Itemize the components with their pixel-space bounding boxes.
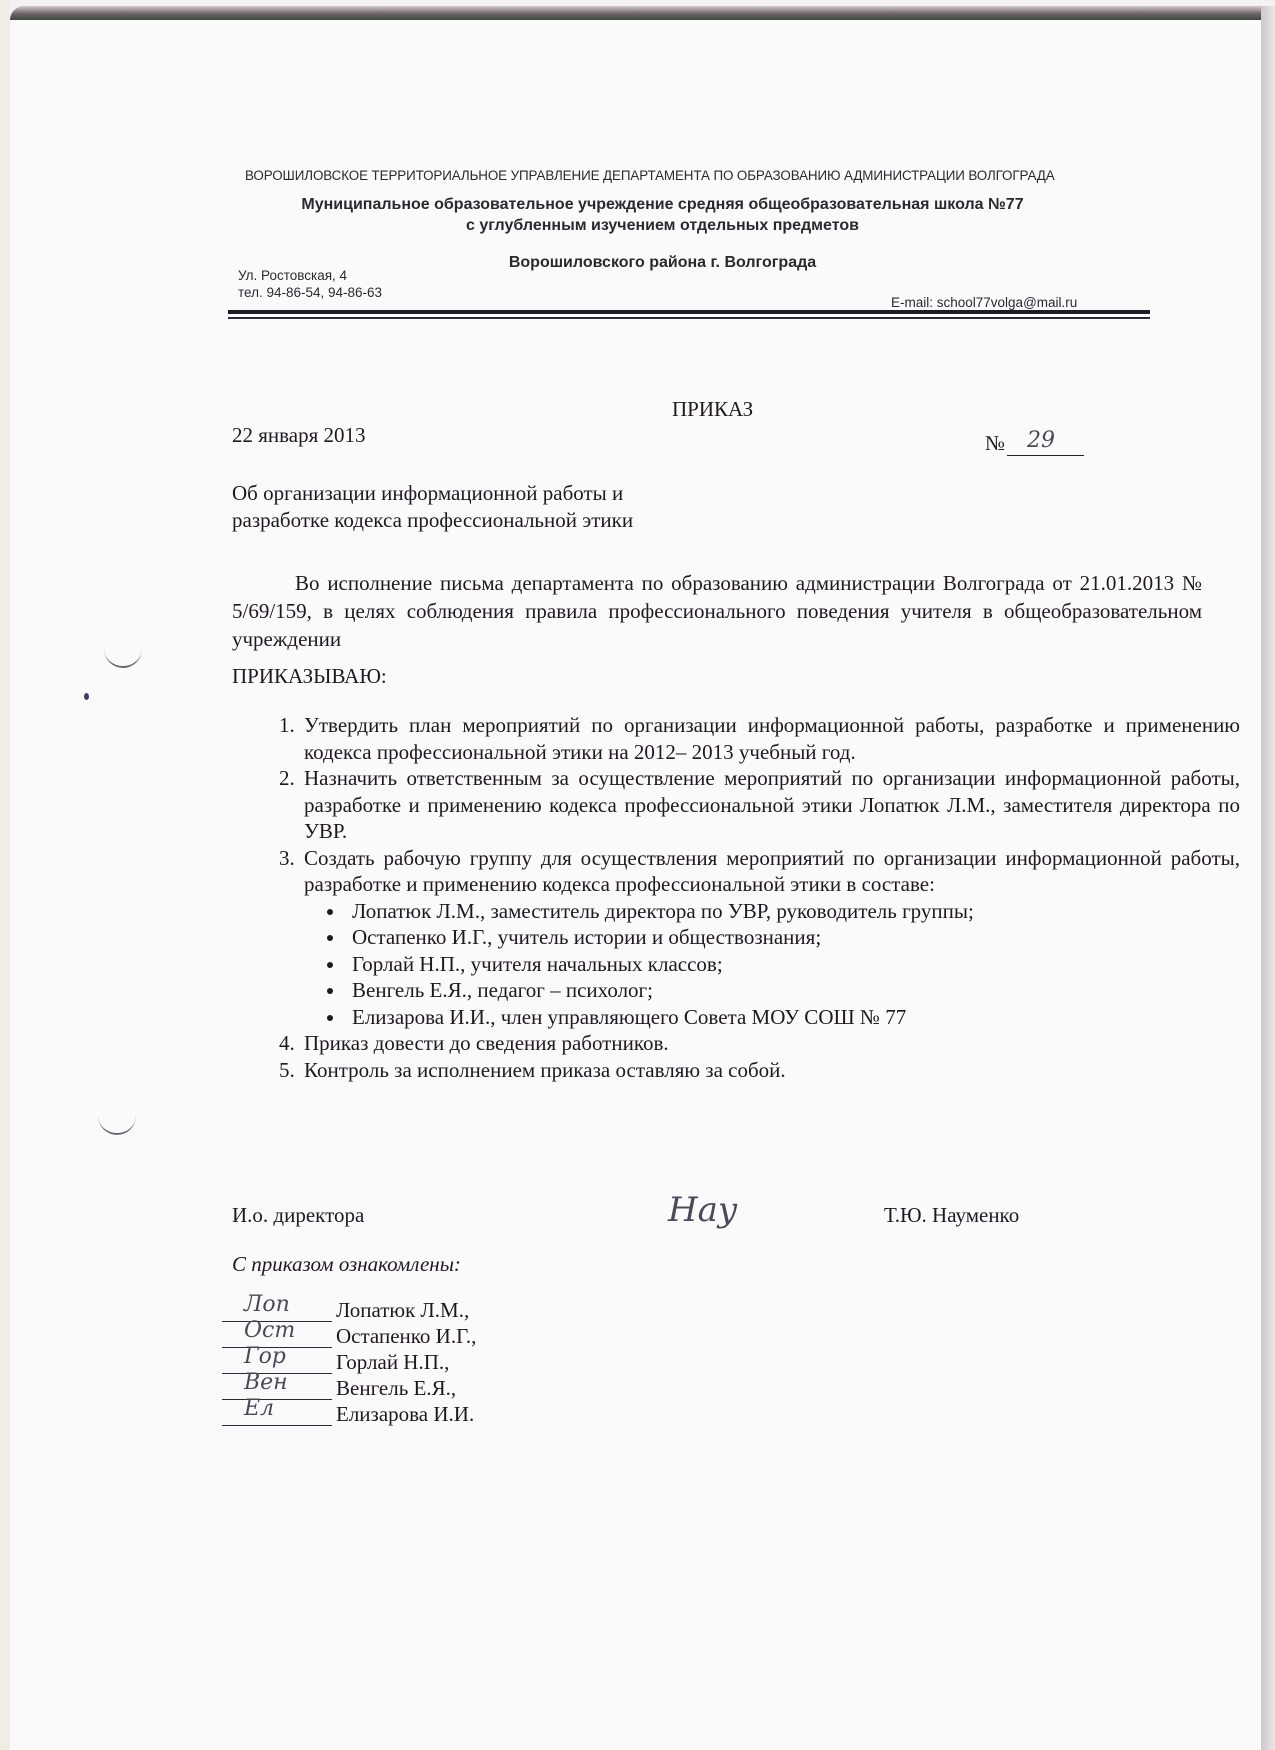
signature-line	[222, 1399, 332, 1400]
order-item: Контроль за исполнением приказа оставляю…	[300, 1057, 1240, 1084]
signatory-name: Елизарова И.И.	[336, 1402, 474, 1427]
order-item: Приказ довести до сведения работников.	[300, 1030, 1240, 1057]
document-number-underline	[1007, 455, 1084, 456]
letterhead-divider-thin	[228, 317, 1150, 319]
subject-line: Об организации информационной работы и	[232, 480, 792, 507]
order-item: Утвердить план мероприятий по организаци…	[300, 712, 1240, 765]
signatory-name: Остапенко И.Г.,	[336, 1324, 476, 1349]
handwritten-signature: Ocm	[244, 1318, 295, 1343]
letterhead-school-name: Муниципальное образовательное учреждение…	[0, 196, 1275, 214]
subject-line: разработке кодекса профессиональной этик…	[232, 507, 792, 534]
scan-edge-top	[10, 6, 1265, 20]
handwritten-signature: Лоп	[244, 1292, 290, 1317]
handwritten-signature: Ел	[244, 1396, 274, 1421]
acknowledgement-heading: С приказом ознакомлены:	[232, 1252, 461, 1277]
letterhead-email: E-mail: school77volga@mail.ru	[891, 295, 1077, 310]
working-group-member: Елизарова И.И., член управляющего Совета…	[346, 1004, 1240, 1031]
working-group-member: Лопатюк Л.М., заместитель директора по У…	[346, 898, 1240, 925]
document-number-label: №	[985, 431, 1005, 456]
document-number-handwritten: 29	[1027, 428, 1055, 453]
letterhead-address: Ул. Ростовская, 4	[238, 268, 347, 283]
letterhead-district: Ворошиловского района г. Волгограда	[0, 254, 1275, 272]
signatory-name: Горлай Н.П.,	[336, 1350, 449, 1375]
signatory-name: Венгель Е.Я.,	[336, 1376, 456, 1401]
document-date: 22 января 2013	[232, 423, 366, 448]
director-signature-handwritten: Нау	[668, 1190, 738, 1230]
letterhead-school-profile: с углубленным изучением отдельных предме…	[0, 217, 1275, 235]
handwritten-signature: Вен	[244, 1370, 288, 1395]
order-items: Утвердить план мероприятий по организаци…	[262, 712, 1240, 1083]
order-item: Создать рабочую группу для осуществления…	[300, 845, 1240, 1031]
document-subject: Об организации информационной работы и р…	[232, 480, 792, 534]
handwritten-signature: Гор	[244, 1344, 286, 1369]
preamble-paragraph: Во исполнение письма департамента по обр…	[232, 569, 1202, 653]
working-group-member: Остапенко И.Г., учитель истории и общест…	[346, 924, 1240, 951]
letterhead-divider	[228, 310, 1150, 314]
letterhead-department: ВОРОШИЛОВСКОЕ ТЕРРИТОРИАЛЬНОЕ УПРАВЛЕНИЕ…	[245, 168, 1055, 183]
ink-speck	[84, 693, 89, 700]
signatory-role: И.о. директора	[232, 1203, 364, 1228]
order-item: Назначить ответственным за осуществление…	[300, 765, 1240, 845]
order-item-text: Создать рабочую группу для осуществления…	[304, 846, 1240, 897]
letterhead-phone: тел. 94-86-54, 94-86-63	[238, 285, 382, 300]
working-group-member: Горлай Н.П., учителя начальных классов;	[346, 951, 1240, 978]
working-group-member: Венгель Е.Я., педагог – психолог;	[346, 977, 1240, 1004]
signature-line	[222, 1425, 332, 1426]
order-word: ПРИКАЗЫВАЮ:	[232, 664, 387, 689]
working-group-list: Лопатюк Л.М., заместитель директора по У…	[304, 898, 1240, 1031]
signatory-name: Т.Ю. Науменко	[884, 1203, 1019, 1228]
document-title: ПРИКАЗ	[672, 397, 753, 422]
signatory-name: Лопатюк Л.М.,	[336, 1298, 469, 1323]
